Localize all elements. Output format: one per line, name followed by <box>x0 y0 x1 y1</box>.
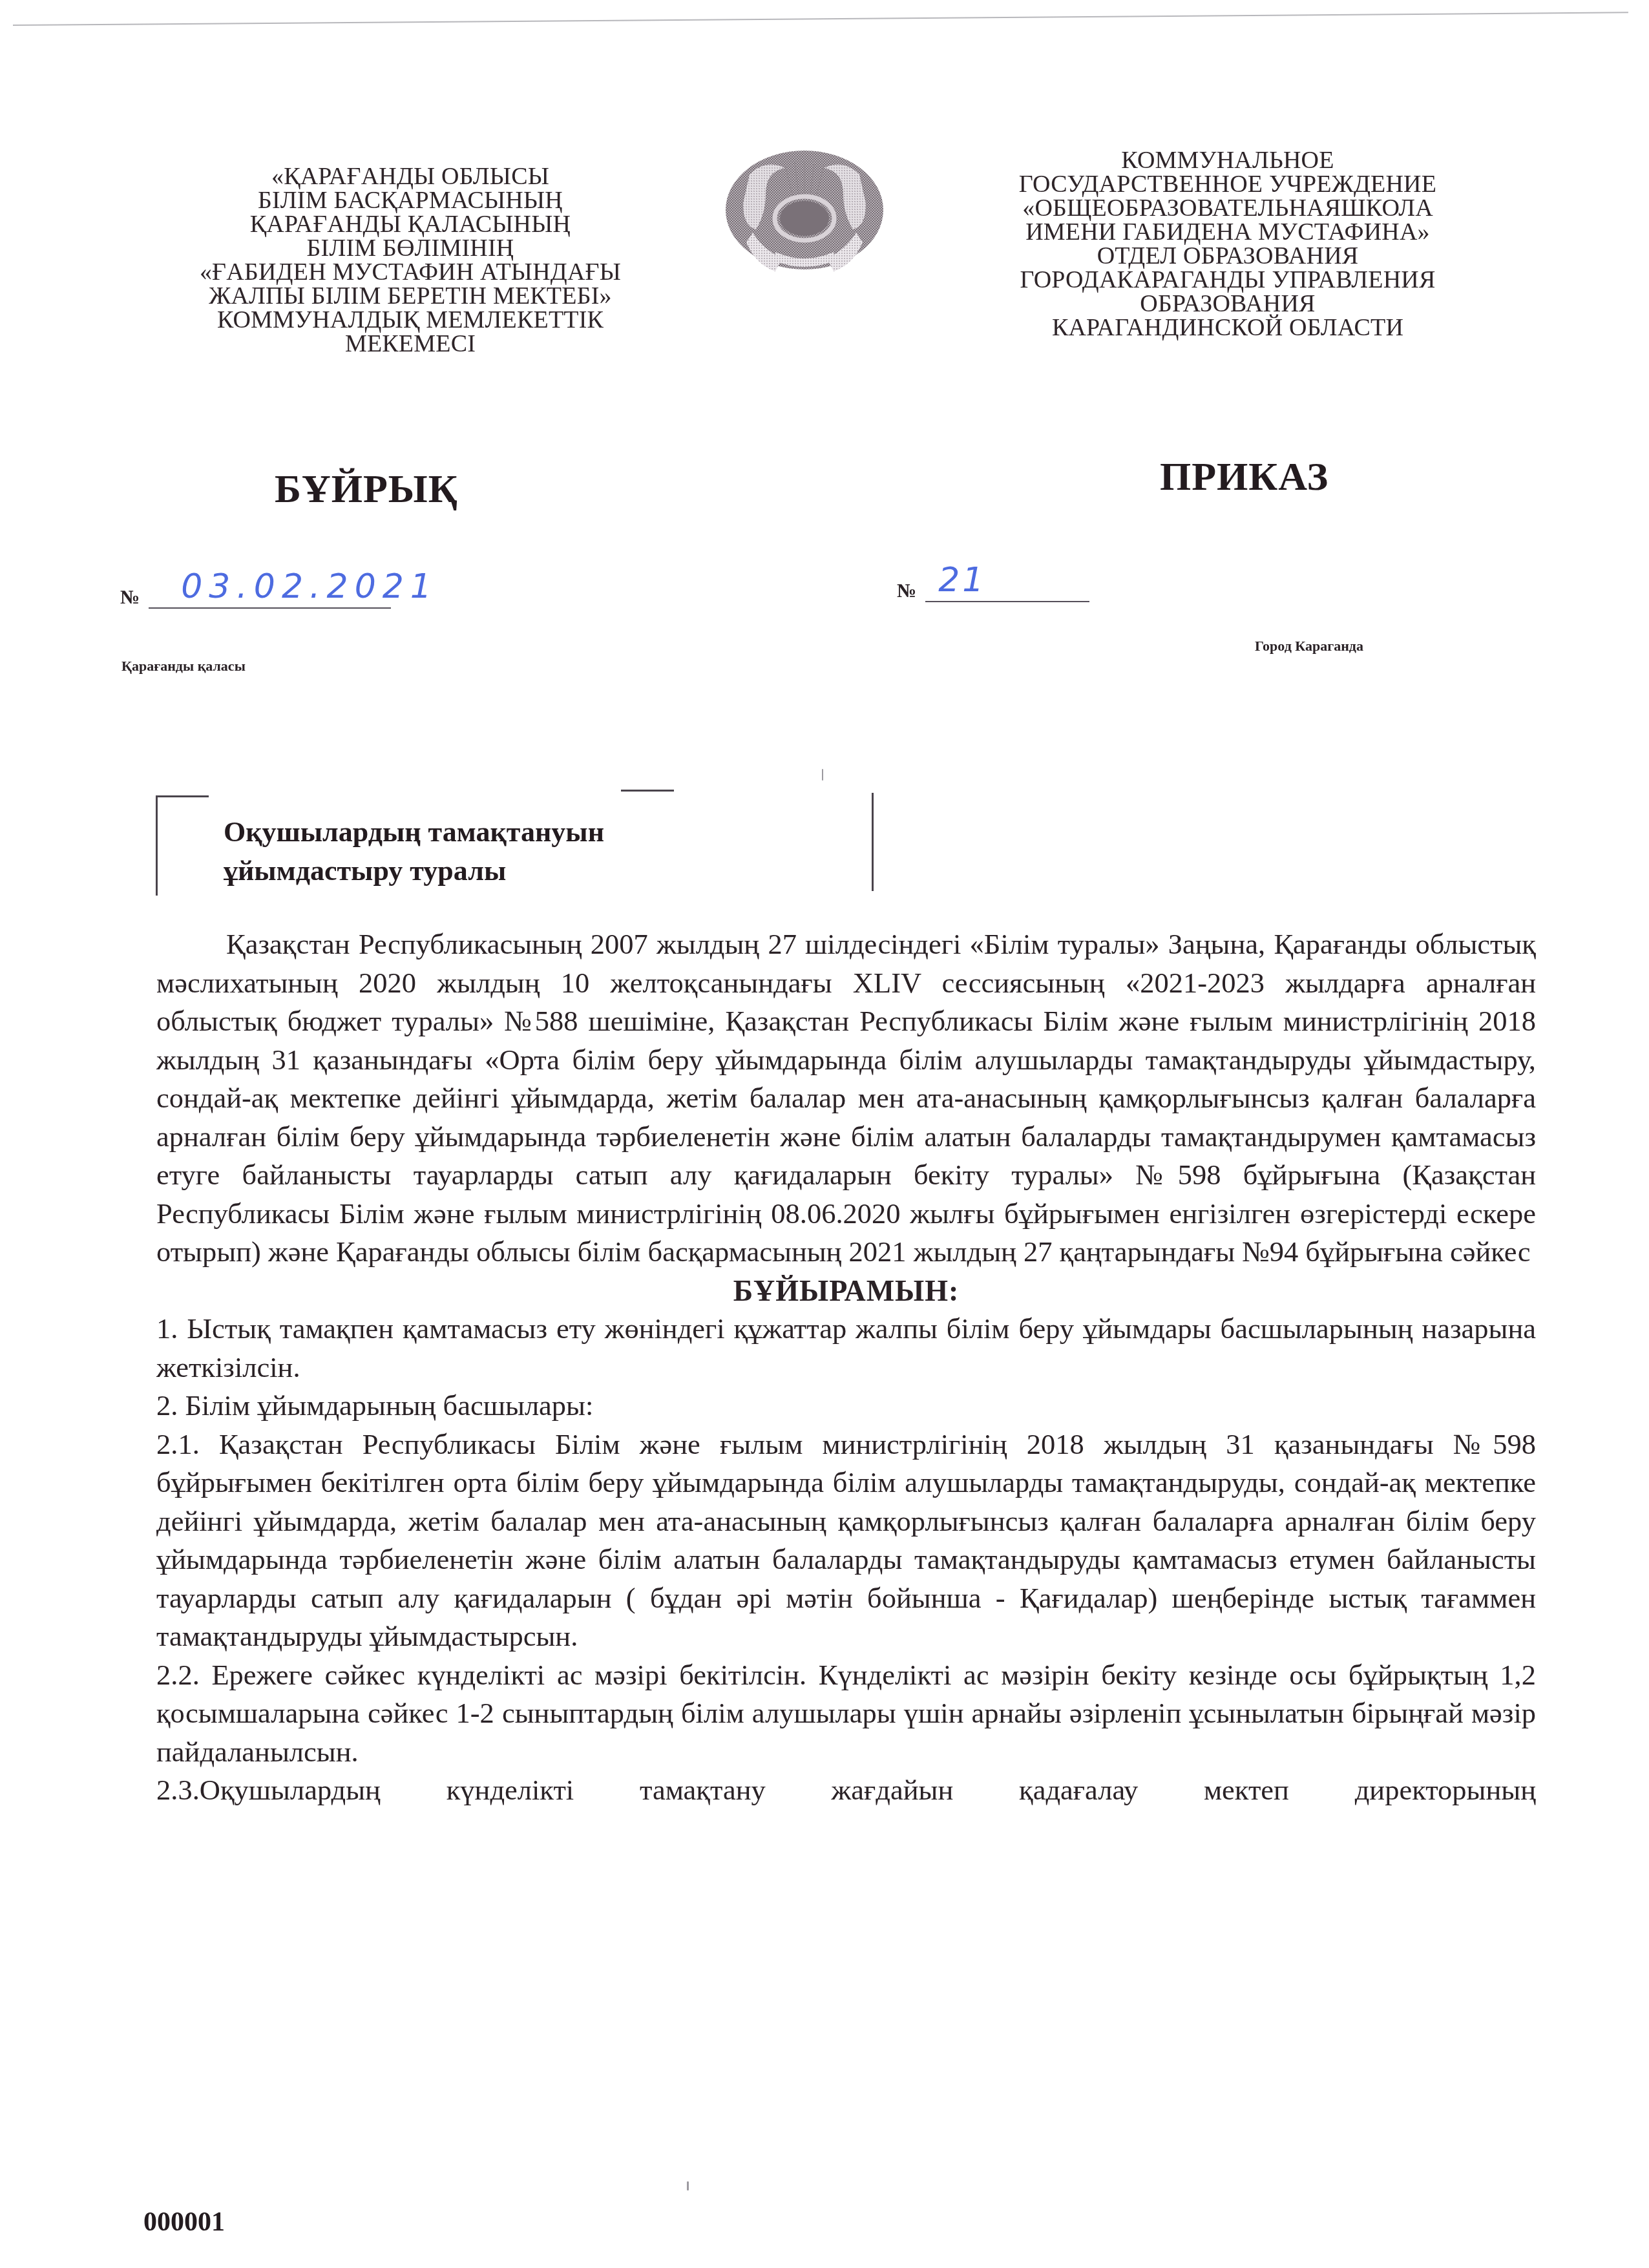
order-number-field: № 21 <box>897 569 1089 602</box>
header-org-kz-line: ЖАЛПЫ БІЛІМ БЕРЕТІН МЕКТЕБІ» <box>155 284 666 308</box>
header-org-ru-line: «ОБЩЕОБРАЗОВАТЕЛЬНАЯШКОЛА <box>982 196 1473 220</box>
corner-bracket <box>156 797 158 896</box>
page-number: 000001 <box>143 2207 225 2238</box>
header-org-ru: КОММУНАЛЬНОЕ ГОСУДАРСТВЕННОЕ УЧРЕЖДЕНИЕ … <box>982 149 1473 340</box>
corner-bracket <box>156 795 209 797</box>
order-item: 2.2. Ережеге сәйкес күнделікті ас мәзірі… <box>156 1656 1536 1772</box>
date-underline: 03.02.2021 <box>149 575 391 609</box>
number-sign: № <box>120 587 140 609</box>
city-ru: Город Караганда <box>1255 638 1363 655</box>
scan-artifact <box>822 769 823 781</box>
header-org-kz-line: МЕКЕМЕСІ <box>155 332 666 356</box>
document-body: Қазақстан Республикасының 2007 жылдың 27… <box>156 925 1536 1810</box>
order-item: 2. Білім ұйымдарының басшылары: <box>156 1387 1536 1425</box>
preamble-paragraph: Қазақстан Республикасының 2007 жылдың 27… <box>156 925 1536 1272</box>
order-date-field: № 03.02.2021 <box>120 575 391 609</box>
corner-bracket <box>872 793 874 891</box>
order-item: 2.3.Оқушылардың күнделікті тамақтану жағ… <box>156 1771 1536 1810</box>
header-org-ru-line: ОТДЕЛ ОБРАЗОВАНИЯ <box>982 244 1473 268</box>
order-item: 2.1. Қазақстан Республикасы Білім және ғ… <box>156 1425 1536 1656</box>
handwritten-number: 21 <box>938 561 986 600</box>
header-org-kz-line: КОММУНАЛДЫҚ МЕМЛЕКЕТТІК <box>155 308 666 332</box>
document-title-kz: БҰЙРЫҚ <box>275 467 458 512</box>
number-underline: 21 <box>925 569 1089 602</box>
order-item: 1. Ыстық тамақпен қамтамасыз ету жөнінде… <box>156 1310 1536 1387</box>
handwritten-date: 03.02.2021 <box>181 567 438 606</box>
header-org-ru-line: КАРАГАНДИНСКОЙ ОБЛАСТИ <box>982 316 1473 340</box>
state-emblem-icon <box>714 149 901 278</box>
header-org-kz-line: «ҚАРАҒАНДЫ ОБЛЫСЫ <box>155 165 666 189</box>
subject-line: Оқушылардың тамақтануын <box>224 813 604 852</box>
header-org-kz-line: «ҒАБИДЕН МУСТАФИН АТЫНДАҒЫ <box>155 260 666 284</box>
header-org-kz-line: БІЛІМ БӨЛІМІНІҢ <box>155 236 666 260</box>
header-org-ru-line: ГОСУДАРСТВЕННОЕ УЧРЕЖДЕНИЕ <box>982 173 1473 196</box>
header-org-ru-line: КОММУНАЛЬНОЕ <box>982 149 1473 173</box>
header-org-ru-line: ИМЕНИ ГАБИДЕНА МУСТАФИНА» <box>982 220 1473 244</box>
city-kz: Қарағанды қаласы <box>121 658 246 675</box>
header-org-ru-line: ОБРАЗОВАНИЯ <box>982 292 1473 316</box>
header-org-kz-line: БІЛІМ БАСҚАРМАСЫНЫҢ <box>155 189 666 213</box>
header-org-kz: «ҚАРАҒАНДЫ ОБЛЫСЫ БІЛІМ БАСҚАРМАСЫНЫҢ ҚА… <box>155 165 666 356</box>
subject-title: Оқушылардың тамақтануын ұйымдастыру тура… <box>224 813 604 890</box>
document-title-ru: ПРИКАЗ <box>1160 454 1329 500</box>
scan-artifact <box>687 2181 689 2190</box>
order-heading: БҰЙЫРАМЫН: <box>156 1272 1536 1310</box>
header-org-ru-line: ГОРОДАКАРАГАНДЫ УПРАВЛЕНИЯ <box>982 268 1473 292</box>
number-sign: № <box>897 580 916 602</box>
subject-box: Оқушылардың тамақтануын ұйымдастыру тура… <box>156 782 879 885</box>
subject-line: ұйымдастыру туралы <box>224 852 604 890</box>
header-org-kz-line: ҚАРАҒАНДЫ ҚАЛАСЫНЫҢ <box>155 213 666 236</box>
corner-bracket <box>621 790 674 792</box>
scan-edge-line <box>13 12 1628 26</box>
